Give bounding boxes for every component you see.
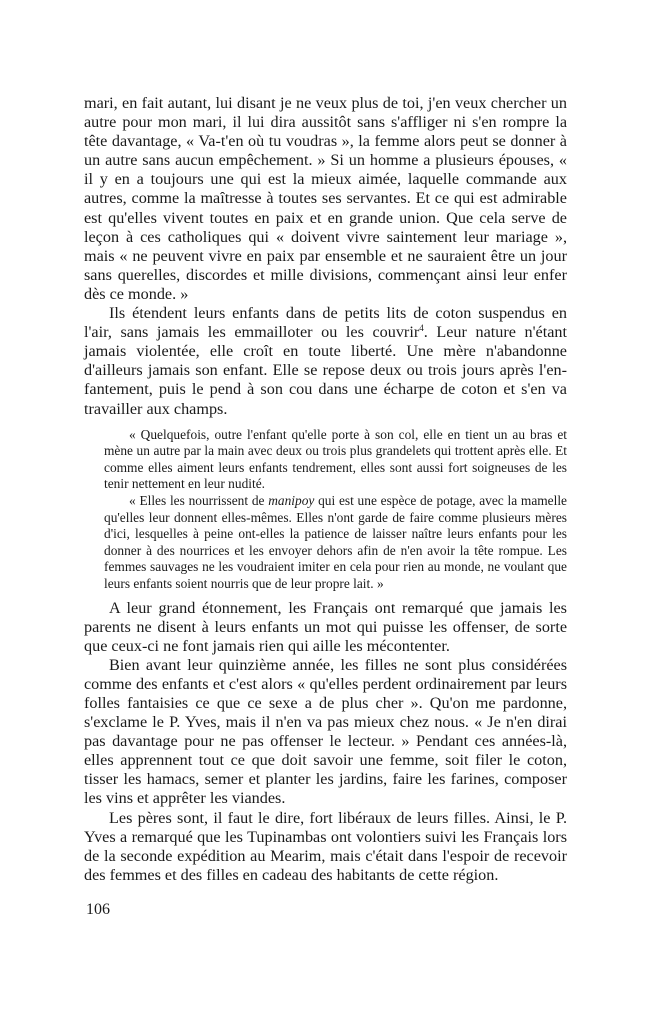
- paragraph-continuation: mari, en fait autant, lui disant je ne v…: [84, 94, 567, 304]
- italic-term: manipoy: [268, 493, 314, 508]
- block-quote-paragraph-2: « Elles les nourrissent de manipoy qui e…: [104, 493, 567, 593]
- paragraph-french-astonishment: A leur grand étonnement, les Français on…: [84, 599, 567, 656]
- block-quote: « Quelquefois, outre l'enfant qu'elle po…: [104, 427, 567, 593]
- block-quote-text-a: « Elles les nourrissent de: [129, 493, 268, 508]
- page-number: 106: [86, 901, 110, 919]
- paragraph-girls: Bien avant leur quinzième année, les fil…: [84, 656, 567, 809]
- block-quote-paragraph-1: « Quelquefois, outre l'enfant qu'elle po…: [104, 427, 567, 493]
- page-body: mari, en fait autant, lui disant je ne v…: [84, 94, 567, 885]
- paragraph-fathers: Les pères sont, il faut le dire, fort li…: [84, 809, 567, 885]
- paragraph-hammocks: Ils étendent leurs enfants dans de petit…: [84, 304, 567, 419]
